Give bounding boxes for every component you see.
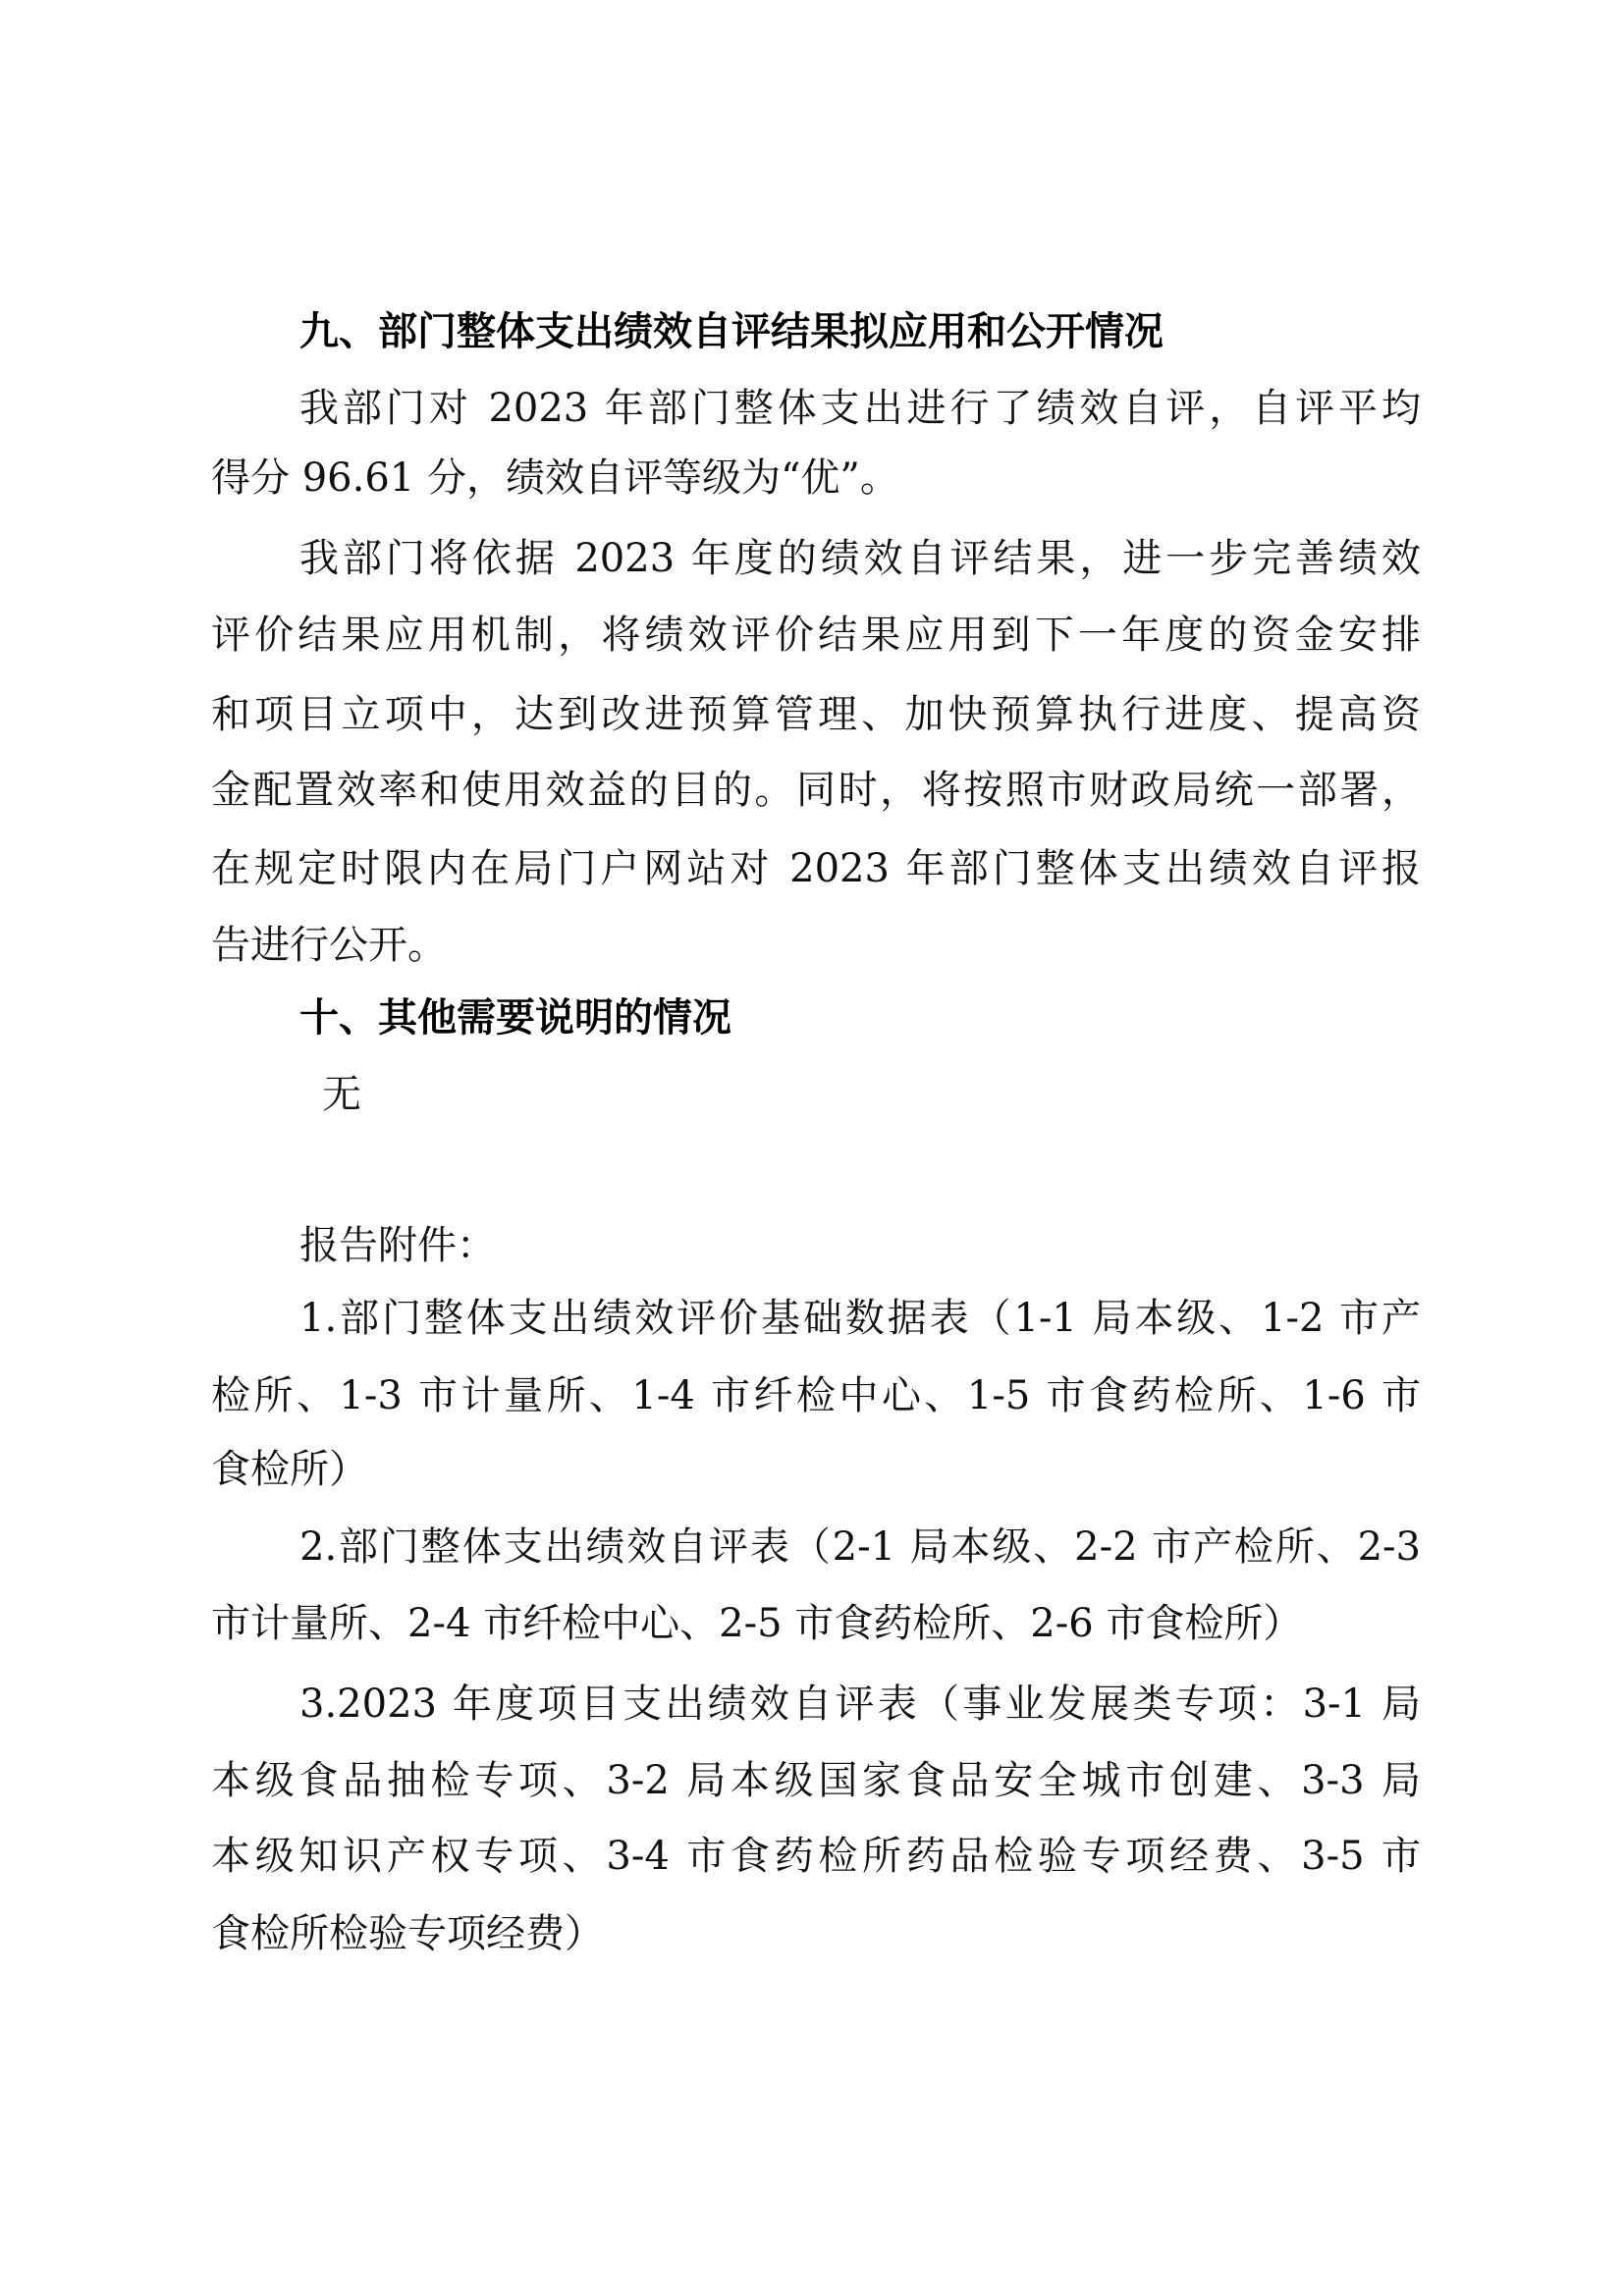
attachments-title: 报告附件： — [299, 1218, 496, 1273]
attachment-2-line-2: 市计量所、2-4 市纤检中心、2-5 市食药检所、2-6 市食检所） — [211, 1596, 1302, 1651]
attachment-3-line-3: 本级知识产权专项、3-4 市食药检所药品检验专项经费、3-5 市 — [211, 1829, 1421, 1884]
attachment-1-line-3: 食检所） — [211, 1442, 368, 1497]
document-page: 九、部门整体支出绩效自评结果拟应用和公开情况 我部门对 2023 年部门整体支出… — [0, 0, 1624, 2296]
attachment-1-line-2: 检所、1-3 市计量所、1-4 市纤检中心、1-5 市食药检所、1-6 市 — [211, 1368, 1421, 1423]
section-9-heading: 九、部门整体支出绩效自评结果拟应用和公开情况 — [299, 304, 1164, 359]
section-9-para-2-line-1: 我部门将依据 2023 年度的绩效自评结果，进一步完善绩效 — [299, 531, 1421, 586]
section-9-para-2-line-2: 评价结果应用机制，将绩效评价结果应用到下一年度的资金安排 — [211, 608, 1421, 663]
section-10-heading: 十、其他需要说明的情况 — [299, 990, 731, 1045]
section-9-para-2-line-6: 告进行公开。 — [211, 918, 447, 973]
section-10-body: 无 — [322, 1067, 361, 1122]
attachment-3-line-2: 本级食品抽检专项、3-2 局本级国家食品安全城市创建、3-3 局 — [211, 1753, 1421, 1808]
section-9-para-2-line-3: 和项目立项中，达到改进预算管理、加快预算执行进度、提高资 — [211, 687, 1421, 742]
attachment-3-line-1: 3.2023 年度项目支出绩效自评表（事业发展类专项：3-1 局 — [299, 1677, 1421, 1732]
attachment-2-line-1: 2.部门整体支出绩效自评表（2-1 局本级、2-2 市产检所、2-3 — [299, 1520, 1421, 1575]
attachment-1-line-1: 1.部门整体支出绩效评价基础数据表（1-1 局本级、1-2 市产 — [299, 1291, 1421, 1346]
section-9-para-2-line-5: 在规定时限内在局门户网站对 2023 年部门整体支出绩效自评报 — [211, 841, 1421, 896]
section-9-para-2-line-4: 金配置效率和使用效益的目的。同时，将按照市财政局统一部署， — [211, 763, 1421, 818]
section-9-para-1-line-1: 我部门对 2023 年部门整体支出进行了绩效自评，自评平均 — [299, 381, 1421, 436]
section-9-para-1-line-2: 得分 96.61 分，绩效自评等级为“优”。 — [211, 451, 899, 506]
attachment-3-line-4: 食检所检验专项经费） — [211, 1906, 604, 1961]
